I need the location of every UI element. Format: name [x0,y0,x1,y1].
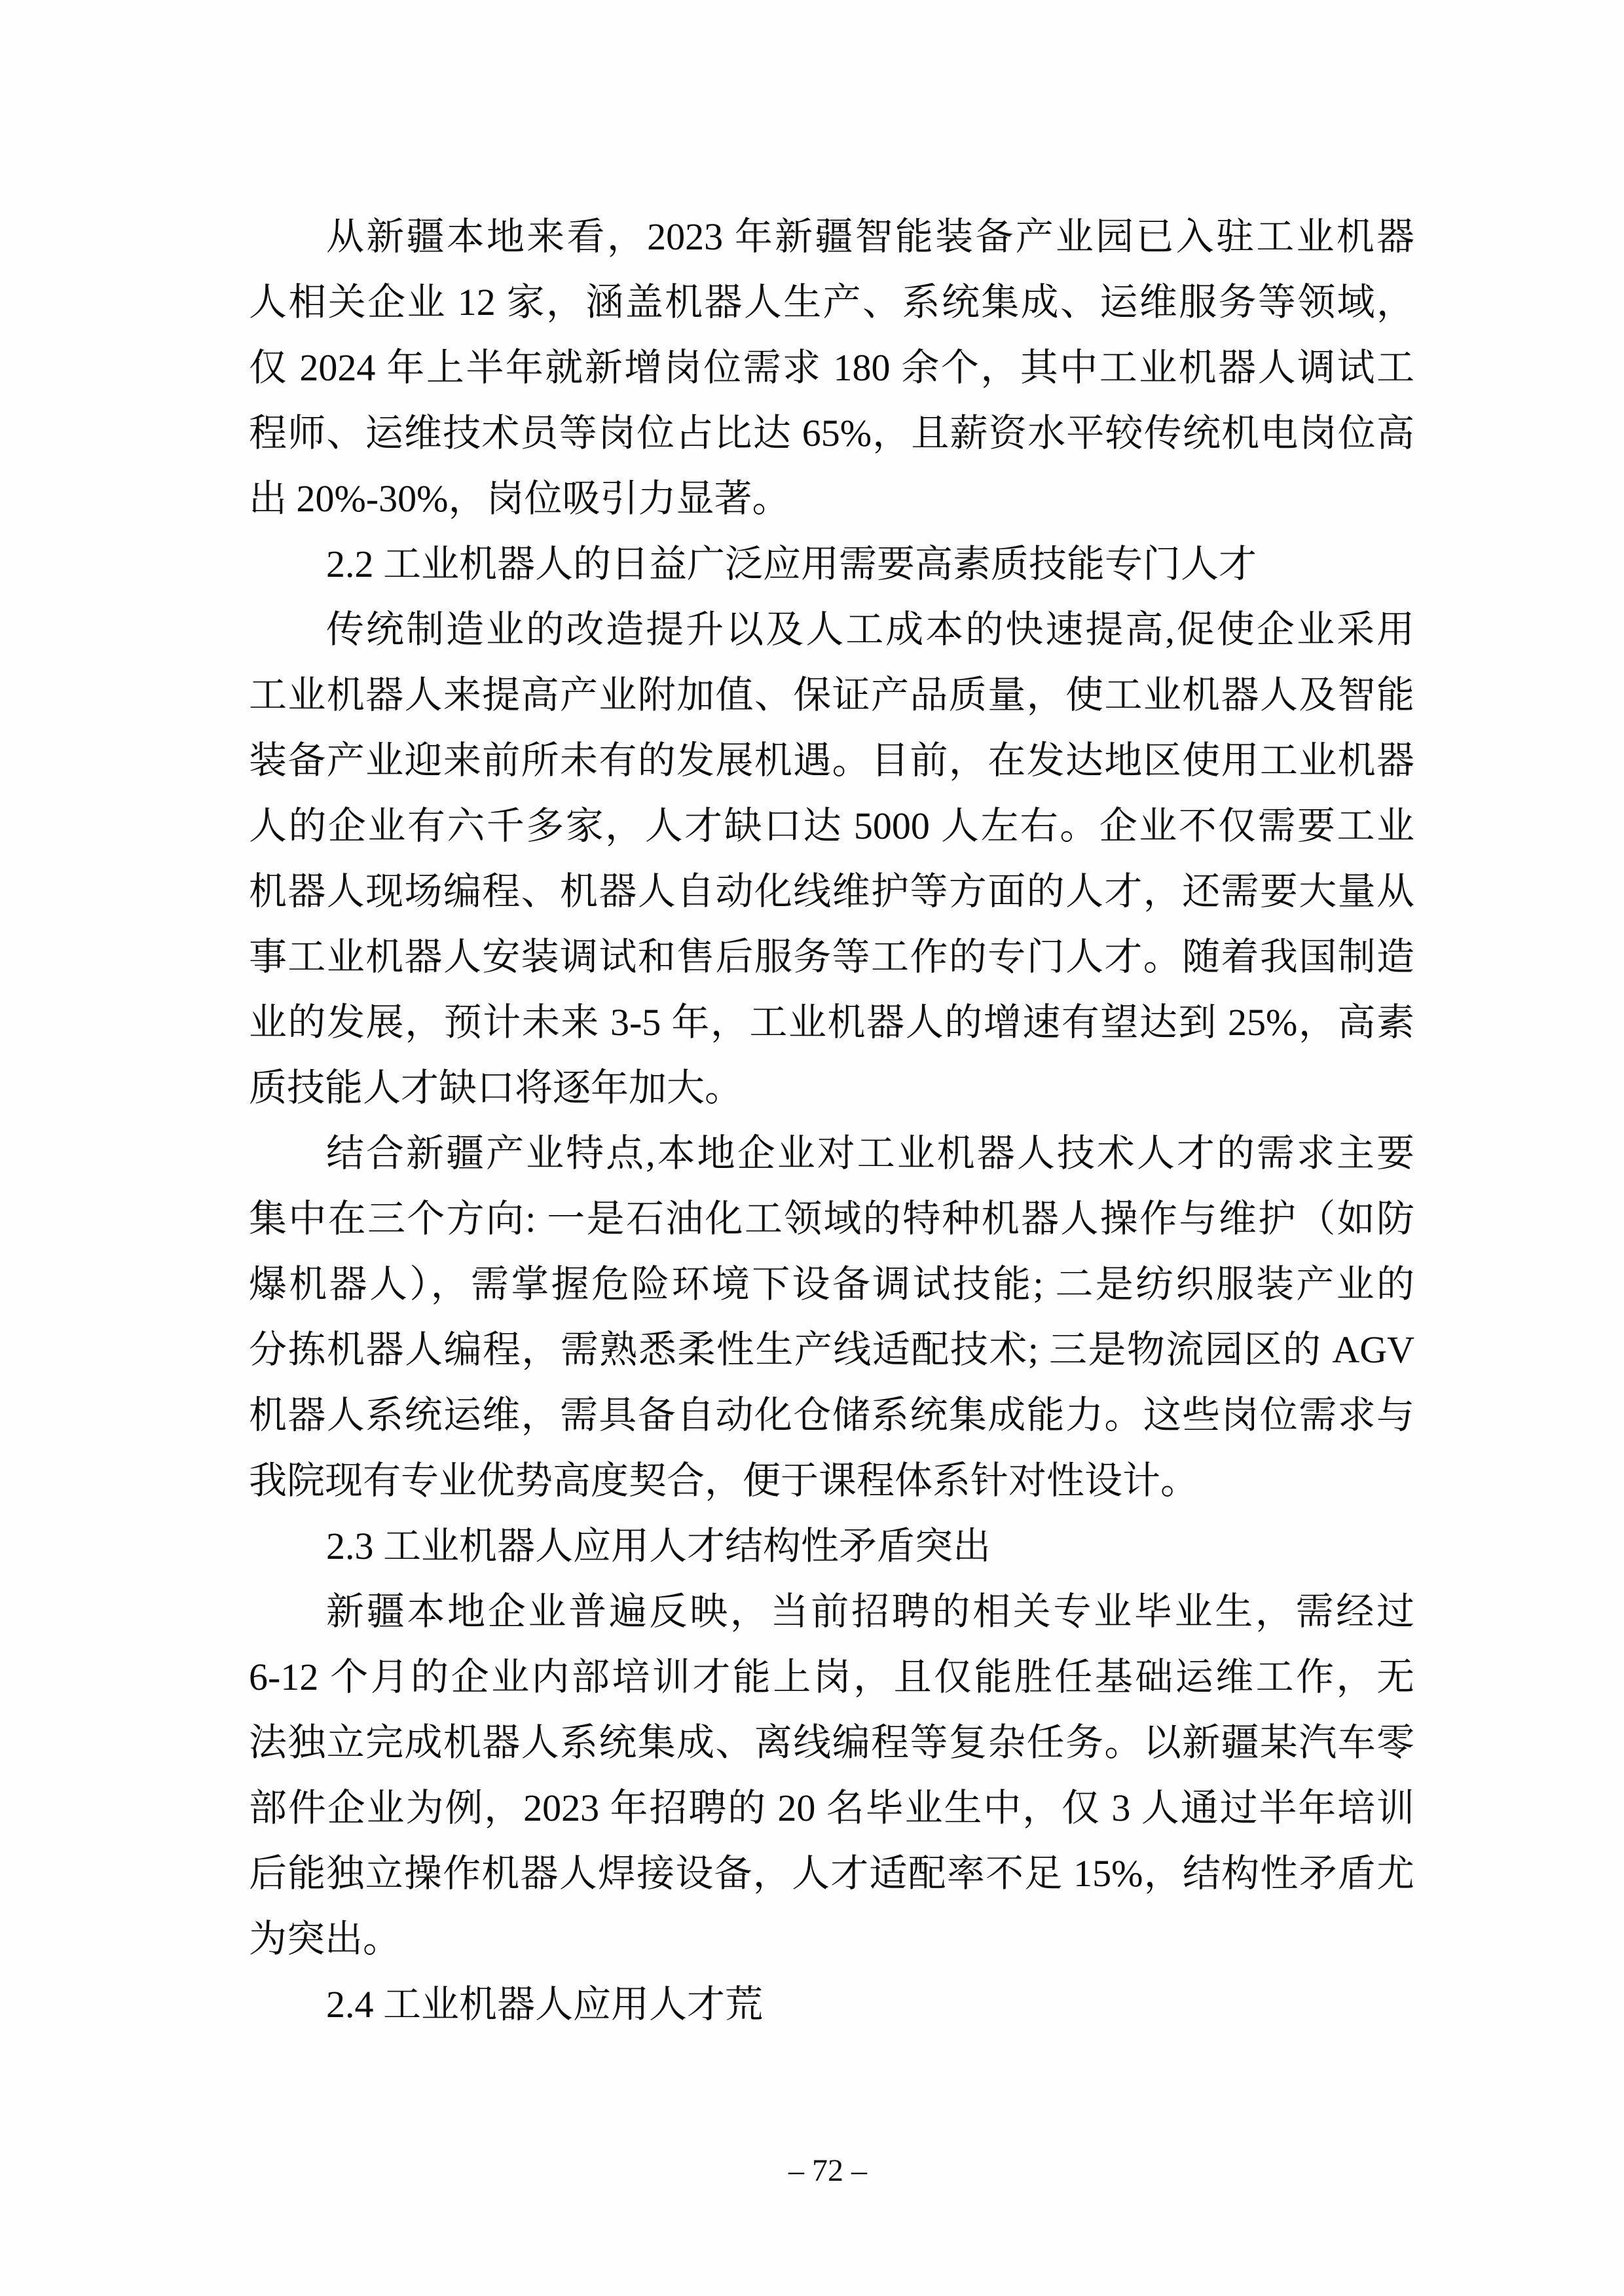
heading-line: 2.2 工业机器人的日益广泛应用需要高素质技能专门人才 [249,532,1414,597]
text-line: 仅 2024 年上半年就新增岗位需求 180 余个，其中工业机器人调试工 [249,335,1414,401]
text-line: 质技能人才缺口将逐年加大。 [249,1055,1414,1121]
page-footer: – 72 – [0,2116,1624,2226]
text-line: 人相关企业 12 家，涵盖机器人生产、系统集成、运维服务等领域， [249,270,1414,335]
body-paragraph: 从新疆本地来看，2023 年新疆智能装备产业园已入驻工业机器人相关企业 12 家… [249,204,1414,532]
text-line: 新疆本地企业普遍反映，当前招聘的相关专业毕业生，需经过 [249,1579,1414,1645]
page-number: – 72 – [788,2153,867,2188]
body-paragraph: 传统制造业的改造提升以及人工成本的快速提高,促使企业采用工业机器人来提高产业附加… [249,597,1414,1121]
text-line: 部件企业为例，2023 年招聘的 20 名毕业生中，仅 3 人通过半年培训 [249,1776,1414,1841]
text-line: 人的企业有六千多家，人才缺口达 5000 人左右。企业不仅需要工业 [249,793,1414,859]
text-line: 装备产业迎来前所未有的发展机遇。目前，在发达地区使用工业机器 [249,728,1414,793]
text-line: 机器人系统运维，需具备自动化仓储系统集成能力。这些岗位需求与 [249,1383,1414,1448]
text-line: 分拣机器人编程，需熟悉柔性生产线适配技术; 三是物流园区的 AGV [249,1317,1414,1383]
text-line: 集中在三个方向: 一是石油化工领域的特种机器人操作与维护（如防 [249,1186,1414,1252]
text-line: 出 20%-30%，岗位吸引力显著。 [249,466,1414,532]
section-heading: 2.2 工业机器人的日益广泛应用需要高素质技能专门人才 [249,532,1414,597]
text-line: 事工业机器人安装调试和售后服务等工作的专门人才。随着我国制造 [249,924,1414,990]
heading-line: 2.4 工业机器人应用人才荒 [249,1972,1414,2037]
document-body: 从新疆本地来看，2023 年新疆智能装备产业园已入驻工业机器人相关企业 12 家… [249,204,1414,2037]
body-paragraph: 新疆本地企业普遍反映，当前招聘的相关专业毕业生，需经过6-12 个月的企业内部培… [249,1579,1414,1972]
section-heading: 2.3 工业机器人应用人才结构性矛盾突出 [249,1514,1414,1579]
text-line: 从新疆本地来看，2023 年新疆智能装备产业园已入驻工业机器 [249,204,1414,270]
text-line: 法独立完成机器人系统集成、离线编程等复杂任务。以新疆某汽车零 [249,1710,1414,1776]
heading-line: 2.3 工业机器人应用人才结构性矛盾突出 [249,1514,1414,1579]
text-line: 工业机器人来提高产业附加值、保证产品质量，使工业机器人及智能 [249,663,1414,728]
text-line: 机器人现场编程、机器人自动化线维护等方面的人才，还需要大量从 [249,859,1414,924]
text-line: 为突出。 [249,1906,1414,1972]
text-line: 结合新疆产业特点,本地企业对工业机器人技术人才的需求主要 [249,1121,1414,1186]
document-page: 从新疆本地来看，2023 年新疆智能装备产业园已入驻工业机器人相关企业 12 家… [0,0,1624,2296]
text-line: 我院现有专业优势高度契合，便于课程体系针对性设计。 [249,1448,1414,1514]
section-heading: 2.4 工业机器人应用人才荒 [249,1972,1414,2037]
text-line: 传统制造业的改造提升以及人工成本的快速提高,促使企业采用 [249,597,1414,663]
text-line: 6-12 个月的企业内部培训才能上岗，且仅能胜任基础运维工作，无 [249,1645,1414,1710]
text-line: 程师、运维技术员等岗位占比达 65%，且薪资水平较传统机电岗位高 [249,401,1414,466]
text-line: 爆机器人），需掌握危险环境下设备调试技能; 二是纺织服装产业的 [249,1252,1414,1317]
body-paragraph: 结合新疆产业特点,本地企业对工业机器人技术人才的需求主要集中在三个方向: 一是石… [249,1121,1414,1514]
text-line: 后能独立操作机器人焊接设备，人才适配率不足 15%，结构性矛盾尤 [249,1841,1414,1906]
text-line: 业的发展，预计未来 3-5 年，工业机器人的增速有望达到 25%，高素 [249,990,1414,1055]
